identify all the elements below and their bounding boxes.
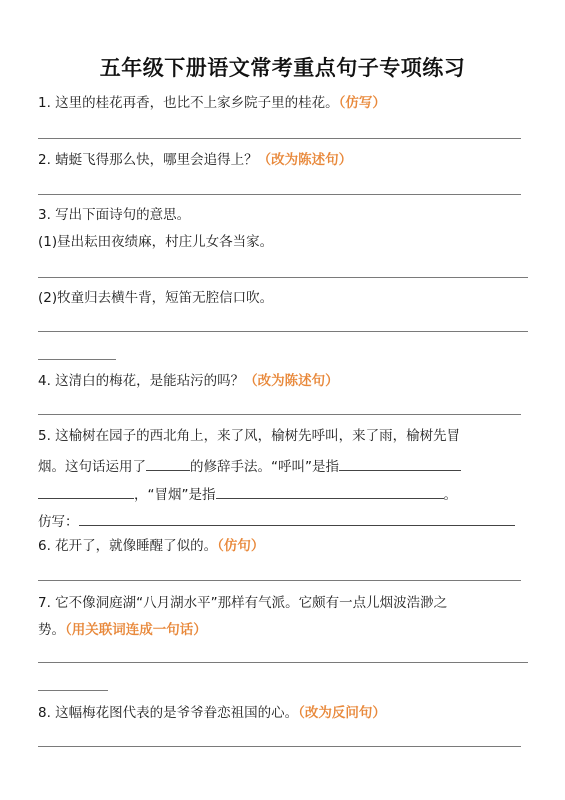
- blank-hujiao-1[interactable]: [339, 455, 461, 471]
- question-3-sub-1: (1)昼出耘田夜绩麻，村庄儿女各当家。: [38, 233, 273, 251]
- answer-line-3-2[interactable]: [38, 331, 528, 332]
- question-2-hint: （改为陈述句）: [258, 152, 353, 168]
- question-5-text-b: 的修辞手法。“呼叫”是指: [190, 459, 339, 475]
- question-1-text: 1. 这里的桂花再香，也比不上家乡院子里的桂花。: [38, 95, 339, 111]
- question-5-text-c: ，“冒烟”是指: [134, 487, 216, 503]
- question-6-text: 6. 花开了，就像睡醒了似的。: [38, 538, 217, 554]
- question-5-imitate: 仿写：: [38, 510, 515, 531]
- answer-line-4[interactable]: [38, 414, 521, 415]
- answer-line-3-1[interactable]: [38, 277, 528, 278]
- question-4: 4. 这清白的梅花，是能玷污的吗？（改为陈述句）: [38, 372, 339, 390]
- question-5-line-2: 烟。这句话运用了的修辞手法。“呼叫”是指: [38, 455, 461, 476]
- answer-line-3-3[interactable]: [38, 359, 116, 360]
- imitate-label: 仿写：: [38, 514, 79, 530]
- answer-line-6[interactable]: [38, 580, 521, 581]
- question-1: 1. 这里的桂花再香，也比不上家乡院子里的桂花。（仿写）: [38, 94, 386, 112]
- answer-line-2[interactable]: [38, 194, 521, 195]
- question-7-hint: （用关联词连成一句话）: [65, 622, 207, 638]
- question-6-hint: （仿句）: [217, 538, 264, 554]
- question-7-line-1: 7. 它不像洞庭湖“八月湖水平”那样有气派。它颇有一点儿烟波浩渺之: [38, 594, 447, 612]
- question-3-text: 3. 写出下面诗句的意思。: [38, 206, 190, 224]
- answer-line-1[interactable]: [38, 138, 521, 139]
- answer-line-7-2[interactable]: [38, 690, 108, 691]
- blank-rhetoric[interactable]: [146, 455, 190, 471]
- question-4-text: 4. 这清白的梅花，是能玷污的吗？: [38, 373, 244, 389]
- answer-line-8[interactable]: [38, 746, 521, 747]
- blank-hujiao-2[interactable]: [38, 483, 134, 499]
- question-2-text: 2. 蜻蜓飞得那么快，哪里会追得上？: [38, 152, 258, 168]
- blank-maoyan[interactable]: [216, 483, 444, 499]
- question-7-line-2: 势。（用关联词连成一句话）: [38, 621, 207, 639]
- question-8-text: 8. 这幅梅花图代表的是爷爷眷恋祖国的心。: [38, 705, 298, 721]
- question-3-sub-2: (2)牧童归去横牛背，短笛无腔信口吹。: [38, 289, 273, 307]
- question-2: 2. 蜻蜓飞得那么快，哪里会追得上？（改为陈述句）: [38, 151, 352, 169]
- question-5-line-1: 5. 这榆树在园子的西北角上，来了风，榆树先呼叫，来了雨，榆树先冒: [38, 427, 460, 445]
- answer-line-7-1[interactable]: [38, 662, 528, 663]
- blank-imitate[interactable]: [79, 510, 515, 526]
- question-7-text: 势。: [38, 622, 65, 638]
- question-5-text-d: 。: [444, 487, 458, 503]
- question-1-hint: （仿写）: [339, 95, 386, 111]
- worksheet-title: 五年级下册语文常考重点句子专项练习: [0, 52, 565, 82]
- question-6: 6. 花开了，就像睡醒了似的。（仿句）: [38, 537, 264, 555]
- question-4-hint: （改为陈述句）: [244, 373, 339, 389]
- question-8: 8. 这幅梅花图代表的是爷爷眷恋祖国的心。（改为反问句）: [38, 704, 386, 722]
- question-5-line-3: ，“冒烟”是指。: [38, 483, 457, 504]
- question-8-hint: （改为反问句）: [298, 705, 386, 721]
- question-5-text-a: 烟。这句话运用了: [38, 459, 146, 475]
